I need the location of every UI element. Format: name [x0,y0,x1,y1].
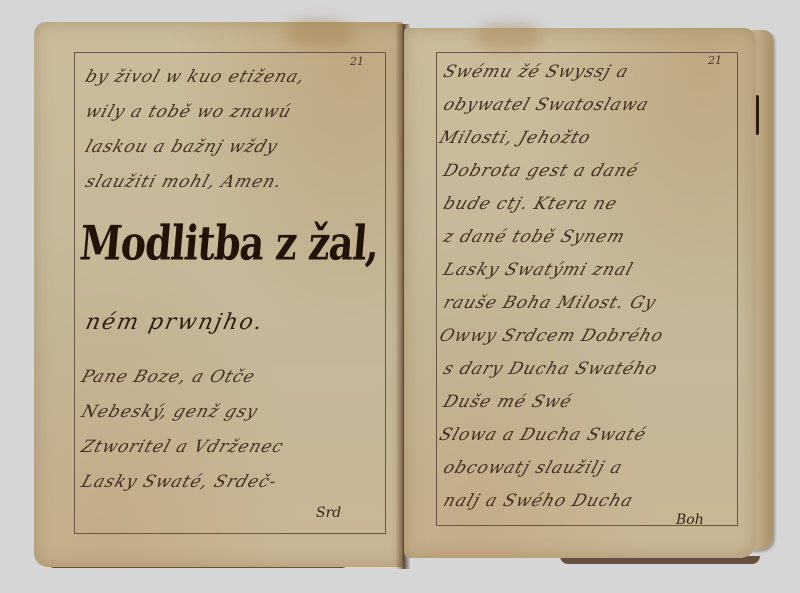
page-number: 21 [350,55,364,68]
text-line: Milosti, Jehožto [437,128,594,148]
text-line: Swému žé Swyssj a [441,62,632,82]
text-line: obcowatj slaužilj a [441,458,625,478]
text-line: nalj a Swého Ducha [441,491,636,511]
page-number: 21 [708,54,722,67]
text-line: obywatel Swatoslawa [441,95,652,115]
ruled-frame [74,52,386,534]
text-line: Nebeský, genž gsy [79,402,261,422]
water-stain [474,22,544,52]
text-line: bude ctj. Ktera ne [441,194,620,214]
right-page: 21 Swému žé Swyssj a obywatel Swatoslawa… [404,28,756,558]
text-line: laskou a bažnj wždy [83,137,281,157]
left-page: 21 by živol w kuo etižena, wily a tobě w… [34,22,404,567]
text-line: Dobrota gest a dané [441,161,641,181]
text-line: by živol w kuo etižena, [83,67,308,87]
prayer-title: Modlitba z žal, [78,214,381,270]
water-stain [284,18,354,48]
text-line: Slowa a Ducha Swaté [437,425,649,445]
prayer-subtitle: ném prwnjho. [83,310,266,335]
text-line: Owwy Srdcem Dobrého [437,326,666,346]
text-line: s dary Ducha Swatého [441,359,661,379]
text-line: Lasky Swatými znal [441,260,636,280]
text-line: rauše Boha Milost. Gy [441,293,659,313]
text-line: Pane Boze, a Otče [79,367,258,387]
text-line: Lasky Swaté, Srdeč- [79,472,280,492]
text-line: z dané tobě Synem [441,227,628,247]
text-line: Ztworitel a Vdrženec [79,437,287,457]
text-line: slaužiti mohl, Amen. [83,172,285,192]
catchword: Srd [316,505,341,521]
open-manuscript-book: 21 by živol w kuo etižena, wily a tobě w… [0,0,800,593]
text-line: Duše mé Swé [441,392,575,412]
catchword: Boh [676,512,704,528]
ruled-frame [436,52,738,526]
text-line: wily a tobě wo znawú [83,102,295,122]
